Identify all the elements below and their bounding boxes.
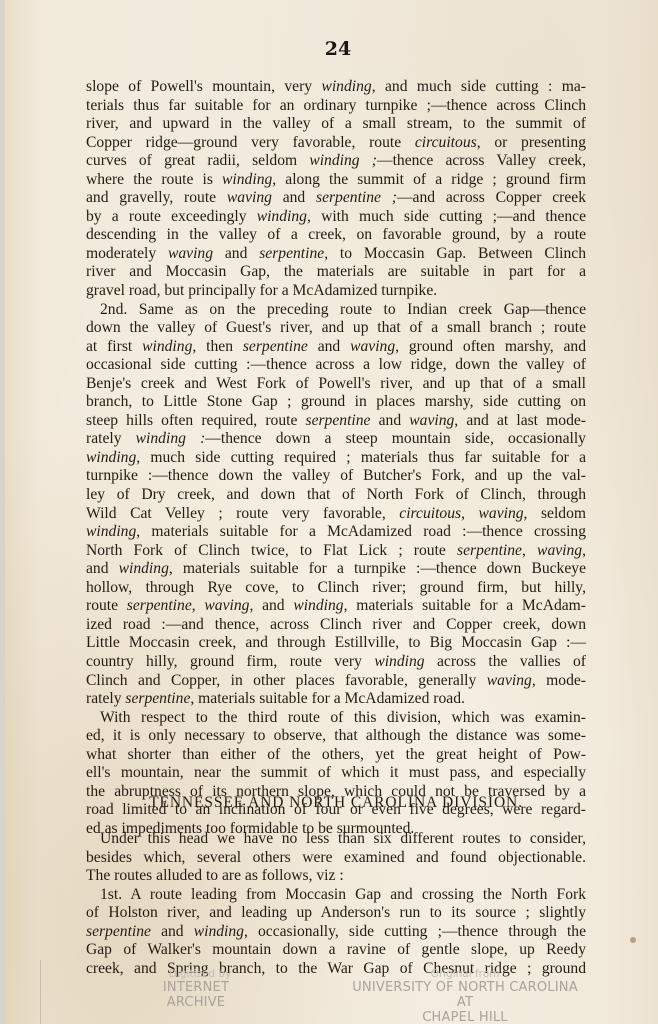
scanned-page: 24 slope of Powell's mountain, very wind… [0, 0, 658, 1024]
italic-term: waving [409, 412, 454, 429]
text-line: down the valley of Guest's river, and up… [86, 319, 586, 338]
italic-term: winding [222, 171, 272, 188]
text-line: ized road :—and thence, across Clinch ri… [86, 616, 586, 635]
text-line: serpentine and winding, occasionally, si… [86, 923, 586, 942]
paragraph-intro: Under this head we have no less than six… [86, 830, 586, 886]
text-line: moderately waving and serpentine, to Moc… [86, 245, 586, 264]
text-line: turnpike :—thence down the valley of But… [86, 467, 586, 486]
italic-term: serpentine ; [316, 189, 397, 206]
text-line: Gap of Walker's mountain down a ravine o… [86, 941, 586, 960]
text-line: Little Moccasin creek, and through Estil… [86, 634, 586, 653]
paragraph-route-3: With respect to the third route of this … [86, 709, 586, 839]
italic-term: serpentine [259, 245, 324, 262]
page-left-edge [0, 0, 5, 1024]
text-line: by a route exceedingly winding, with muc… [86, 208, 586, 227]
italic-term: circuitous [415, 134, 477, 151]
text-line: of Holston river, and leading up Anderso… [86, 904, 586, 923]
text-line: rately serpentine, materials suitable fo… [86, 690, 586, 709]
text-line: terials thus far suitable for an ordinar… [86, 97, 586, 116]
italic-term: serpentine [243, 338, 308, 355]
body-text: slope of Powell's mountain, very winding… [86, 78, 586, 838]
italic-term: waving [487, 672, 532, 689]
text-line: Benje's creek and West Fork of Powell's … [86, 375, 586, 394]
text-line: and gravelly, route waving and serpentin… [86, 189, 586, 208]
italic-term: serpentine [125, 690, 190, 707]
italic-term: waving [227, 189, 272, 206]
page-number: 24 [318, 38, 358, 60]
text-line: 1st. A route leading from Moccasin Gap a… [86, 886, 586, 905]
text-line: and winding, materials suitable for a tu… [86, 560, 586, 579]
watermark-digitized-by: Digitized by INTERNET ARCHIVE [136, 968, 256, 1010]
italic-term: winding [119, 560, 169, 577]
italic-term: serpentine [86, 923, 151, 940]
text-line: route serpentine, waving, and winding, m… [86, 597, 586, 616]
text-line: ed, it is only necessary to observe, tha… [86, 727, 586, 746]
text-line: what shorter than either of the others, … [86, 746, 586, 765]
text-line: occasional side cutting :—thence across … [86, 356, 586, 375]
text-line: slope of Powell's mountain, very winding… [86, 78, 586, 97]
italic-term: serpentine [306, 412, 371, 429]
italic-term: winding [86, 523, 136, 540]
italic-term: winding [257, 208, 307, 225]
italic-term: waving [537, 542, 582, 559]
italic-term: winding [293, 597, 343, 614]
text-line: Clinch and Copper, in other places favor… [86, 672, 586, 691]
text-line: Wild Cat Velley ; route very favorable, … [86, 505, 586, 524]
text-line: at first winding, then serpentine and wa… [86, 338, 586, 357]
text-line: ley of Dry creek, and down that of North… [86, 486, 586, 505]
text-line: ell's mountain, near the summit of which… [86, 764, 586, 783]
watermark-unc-line1: UNIVERSITY OF NORTH CAROLINA AT [350, 980, 580, 1010]
italic-term: waving [204, 597, 249, 614]
text-line: Under this head we have no less than six… [86, 830, 586, 849]
watermark-unc-line2: CHAPEL HILL [350, 1010, 580, 1024]
watermark-digitized-label: Digitized by [144, 968, 256, 980]
text-line: descending in the valley of a creek, on … [86, 226, 586, 245]
italic-term: waving [350, 338, 395, 355]
italic-term: winding [374, 653, 424, 670]
text-line: steep hills often required, route serpen… [86, 412, 586, 431]
text-line: country hilly, ground firm, route very w… [86, 653, 586, 672]
italic-term: waving [168, 245, 213, 262]
text-line: North Fork of Clinch twice, to Flat Lick… [86, 542, 586, 561]
section-heading: TENNESSEE AND NORTH CAROLINA DIVISION. [86, 794, 586, 812]
paragraph-route-2: 2nd. Same as on the preceding route to I… [86, 301, 586, 709]
text-line: besides which, several others were exami… [86, 849, 586, 868]
italic-term: serpentine [127, 597, 192, 614]
italic-term: winding [86, 449, 136, 466]
watermark-original-from: Original from UNIVERSITY OF NORTH CAROLI… [350, 968, 580, 1024]
body-text-section-2: Under this head we have no less than six… [86, 830, 586, 978]
text-line: river and Moccasin Gap, the materials ar… [86, 263, 586, 282]
text-line: hollow, through Rye cove, to Clinch rive… [86, 579, 586, 598]
paragraph-route-1-continued: slope of Powell's mountain, very winding… [86, 78, 586, 301]
text-line: The routes alluded to are as follows, vi… [86, 867, 586, 886]
text-line: branch, to Little Stone Gap ; ground in … [86, 393, 586, 412]
text-line: With respect to the third route of this … [86, 709, 586, 728]
italic-term: serpentine [457, 542, 522, 559]
text-line: Copper ridge—ground very favorable, rout… [86, 134, 586, 153]
italic-term: circuitous [399, 505, 461, 522]
italic-term: winding [194, 923, 244, 940]
text-line: winding, much side cutting required ; ma… [86, 449, 586, 468]
italic-term: winding [142, 338, 192, 355]
text-line: where the route is winding, along the su… [86, 171, 586, 190]
italic-term: waving [479, 505, 524, 522]
watermark-original-label: Original from [350, 968, 580, 980]
text-line: river, and upward in the valley of a sma… [86, 115, 586, 134]
paper-crease [40, 960, 41, 1024]
text-line: 2nd. Same as on the preceding route to I… [86, 301, 586, 320]
text-line: winding, materials suitable for a McAdam… [86, 523, 586, 542]
italic-term: winding [321, 78, 371, 95]
ink-spot [630, 937, 636, 943]
italic-term: winding ; [309, 152, 377, 169]
text-line: curves of great radii, seldom winding ;—… [86, 152, 586, 171]
text-line: rately winding :—thence down a steep mou… [86, 430, 586, 449]
watermark-internet-archive: INTERNET ARCHIVE [136, 980, 256, 1010]
italic-term: winding : [136, 430, 206, 447]
text-line: gravel road, but principally for a McAda… [86, 282, 586, 301]
paragraph-route-1st: 1st. A route leading from Moccasin Gap a… [86, 886, 586, 979]
